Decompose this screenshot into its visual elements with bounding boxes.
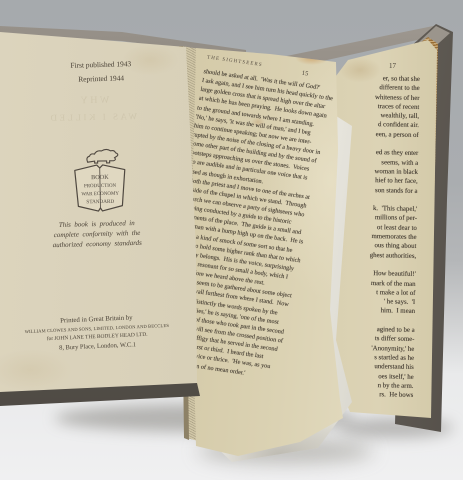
show-through-text: WHY [78, 95, 110, 107]
edition-statement: First published 1943Reprinted 1944 [28, 56, 175, 88]
logo-text: STANDARD [86, 199, 114, 205]
logo-text: BOOK [91, 174, 109, 181]
page-number-middle: 15 [301, 70, 309, 78]
running-header: THE SIGHTSEERS [207, 55, 263, 68]
printer-imprint: Printed in Great Britain by WILLIAM CLOW… [13, 311, 180, 354]
logo-text: WAR ECONOMY [81, 192, 119, 198]
photo-stage: 17 er, so that shedifferent to thewhiten… [0, 0, 463, 480]
war-economy-standard-logo: BOOK PRODUCTION WAR ECONOMY STANDARD [69, 147, 130, 218]
logo-text: PRODUCTION [84, 184, 117, 190]
conformity-statement: This book is produced incomplete conform… [26, 217, 169, 251]
show-through-text: WAS I KILLED [48, 111, 137, 123]
page-number-right: 17 [372, 62, 396, 70]
lion-icon [87, 149, 118, 163]
edition-line: Reprinted 1944 [28, 70, 174, 88]
